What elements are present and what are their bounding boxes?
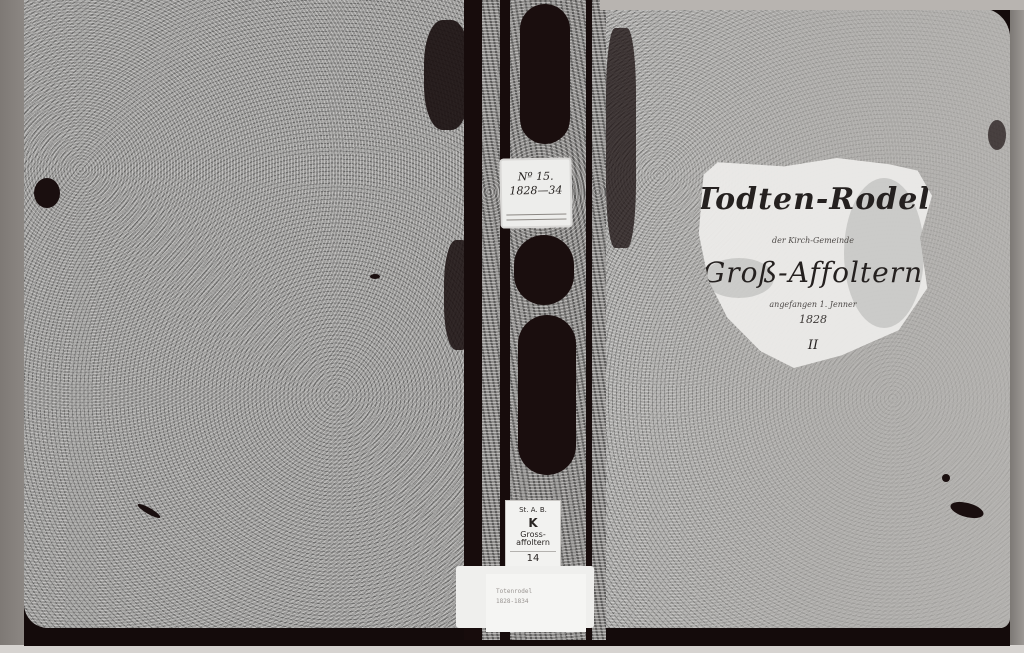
spine-wear-dark — [520, 4, 570, 144]
spine-wear-dark — [518, 315, 576, 475]
book-photograph: Todten-Rodel der Kirch-Gemeinde Groß-Aff… — [24, 0, 1010, 646]
cover-place-name: Groß-Affoltern — [694, 256, 932, 289]
stain — [988, 120, 1006, 150]
spine-label-stripe — [506, 213, 566, 220]
bottom-label-line2: 1828-1834 — [496, 598, 529, 605]
bottom-spine-label: Totenrodel 1828-1834 — [456, 566, 594, 628]
spine-label-number: Nº 15. — [500, 169, 572, 183]
screen-bezel-bottom — [0, 645, 1024, 653]
bottom-label-line1: Totenrodel — [496, 588, 532, 595]
cover-start-note: angefangen 1. Jenner — [694, 300, 932, 309]
spine-ridge — [592, 0, 606, 640]
stain — [136, 502, 162, 520]
spine-ridge — [482, 0, 500, 640]
archive-place-line2: affoltern — [506, 539, 560, 547]
archive-number: 14 — [510, 551, 556, 564]
stain — [370, 274, 380, 279]
spine-label-years: 1828—34 — [500, 183, 572, 197]
archive-letter: K — [506, 517, 560, 529]
archive-shelf-label: St. A. B. K Gross- affoltern 14 — [505, 500, 561, 568]
screen-bezel-top — [600, 0, 1024, 10]
spine-label-top: Nº 15. 1828—34 — [499, 157, 572, 228]
cover-subtitle: der Kirch-Gemeinde — [694, 236, 932, 245]
stain — [942, 474, 950, 482]
screen-bezel-left — [0, 0, 26, 653]
cover-title: Todten-Rodel — [694, 182, 932, 217]
archive-code: St. A. B. — [506, 507, 560, 514]
back-cover — [24, 0, 464, 628]
spine-wear-dark — [514, 235, 574, 305]
stain — [34, 178, 60, 208]
stain — [606, 28, 636, 248]
